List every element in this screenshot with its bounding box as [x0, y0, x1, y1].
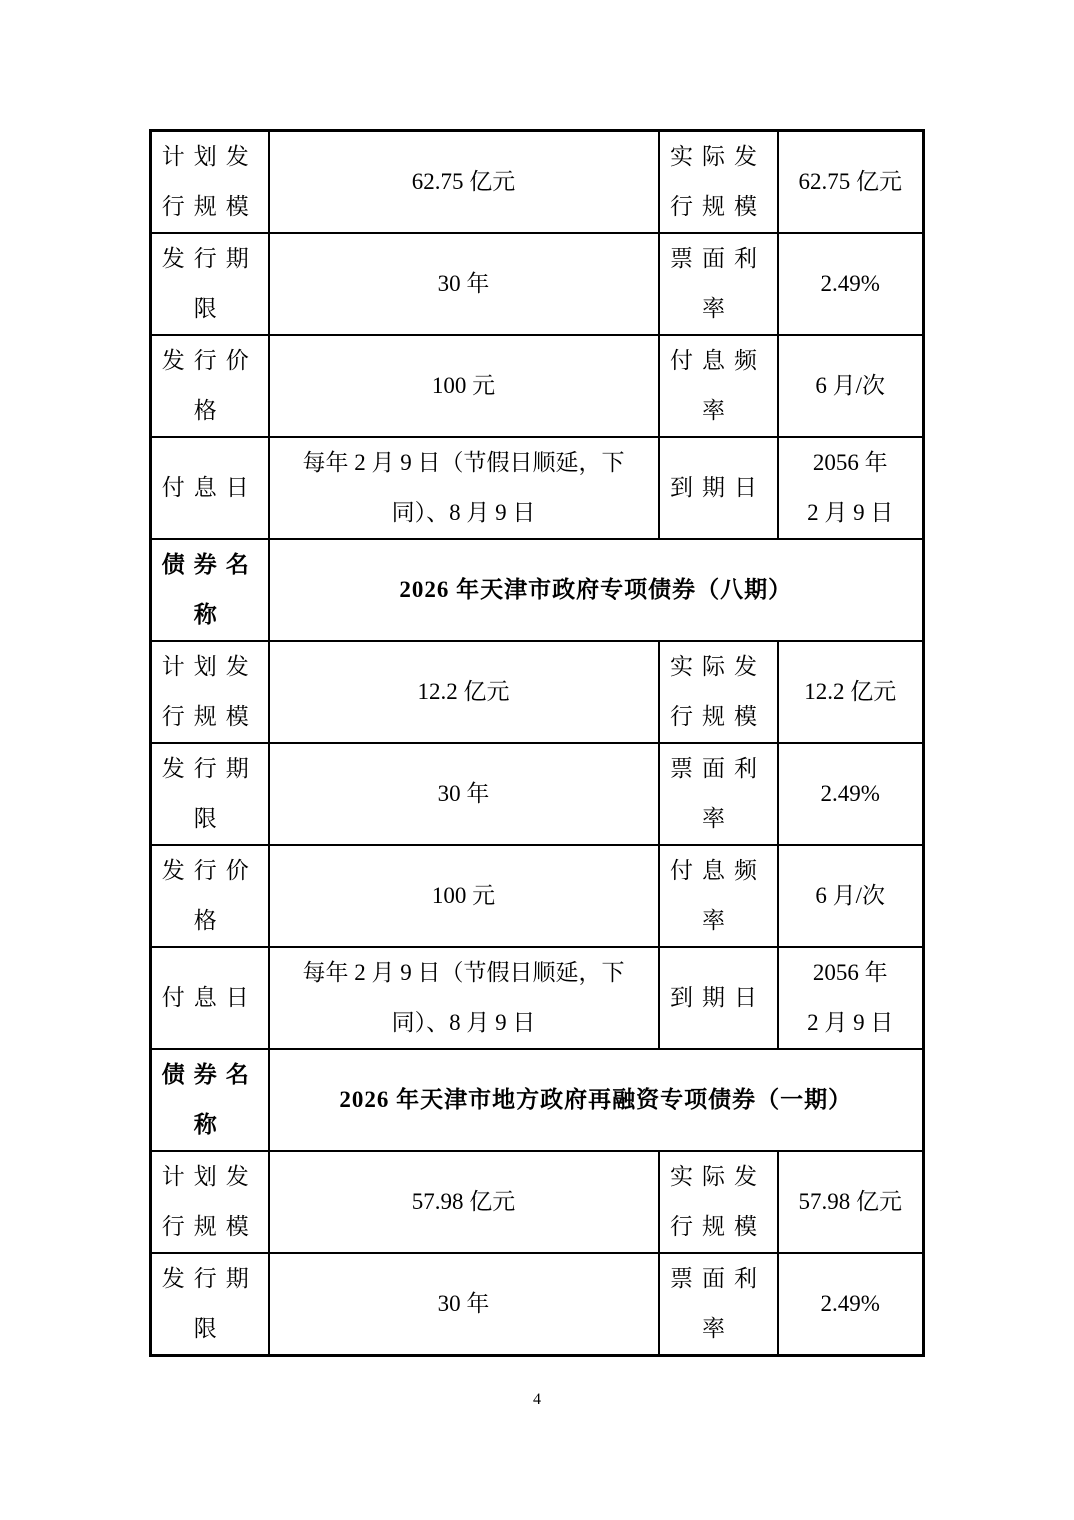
field-label-maturity-date: 到期日 [659, 947, 778, 1049]
table-row: 计划发 行规模 57.98 亿元 实际发 行规模 57.98 亿元 [151, 1151, 924, 1253]
field-label-term: 发行期 限 [151, 233, 269, 335]
field-label-interest-payment-date: 付息日 [151, 437, 269, 539]
field-value-term: 30 年 [269, 1253, 659, 1356]
field-label-actual-issue-size: 实际发 行规模 [659, 641, 778, 743]
field-value-actual-issue-size: 57.98 亿元 [778, 1151, 924, 1253]
field-label-planned-issue-size: 计划发 行规模 [151, 641, 269, 743]
table-row: 发行价 格 100 元 付息频 率 6 月/次 [151, 845, 924, 947]
field-value-planned-issue-size: 12.2 亿元 [269, 641, 659, 743]
bond-name-row: 债券名 称 2026 年天津市地方政府再融资专项债券（一期） [151, 1049, 924, 1151]
field-value-interest-payment-date: 每年 2 月 9 日（节假日顺延，下 同）、8 月 9 日 [269, 947, 659, 1049]
table-row: 计划发 行规模 12.2 亿元 实际发 行规模 12.2 亿元 [151, 641, 924, 743]
field-label-interest-payment-date: 付息日 [151, 947, 269, 1049]
field-value-actual-issue-size: 12.2 亿元 [778, 641, 924, 743]
field-value-term: 30 年 [269, 743, 659, 845]
field-value-planned-issue-size: 57.98 亿元 [269, 1151, 659, 1253]
field-value-payment-frequency: 6 月/次 [778, 335, 924, 437]
field-value-interest-payment-date: 每年 2 月 9 日（节假日顺延，下 同）、8 月 9 日 [269, 437, 659, 539]
table-row: 发行价 格 100 元 付息频 率 6 月/次 [151, 335, 924, 437]
field-label-payment-frequency: 付息频 率 [659, 335, 778, 437]
field-label-planned-issue-size: 计划发 行规模 [151, 1151, 269, 1253]
field-label-maturity-date: 到期日 [659, 437, 778, 539]
field-value-coupon-rate: 2.49% [778, 1253, 924, 1356]
field-value-term: 30 年 [269, 233, 659, 335]
table-row: 计划发 行规模 62.75 亿元 实际发 行规模 62.75 亿元 [151, 131, 924, 234]
bond-details-table: 计划发 行规模 62.75 亿元 实际发 行规模 62.75 亿元 发行期 限 … [149, 129, 925, 1357]
field-value-maturity-date: 2056 年 2 月 9 日 [778, 947, 924, 1049]
table-row: 付息日 每年 2 月 9 日（节假日顺延，下 同）、8 月 9 日 到期日 20… [151, 437, 924, 539]
bond-name-row: 债券名 称 2026 年天津市政府专项债券（八期） [151, 539, 924, 641]
field-label-coupon-rate: 票面利 率 [659, 1253, 778, 1356]
field-value-coupon-rate: 2.49% [778, 743, 924, 845]
bond-name-value: 2026 年天津市地方政府再融资专项债券（一期） [269, 1049, 924, 1151]
field-value-actual-issue-size: 62.75 亿元 [778, 131, 924, 234]
field-label-issue-price: 发行价 格 [151, 845, 269, 947]
field-value-issue-price: 100 元 [269, 845, 659, 947]
field-label-bond-name: 债券名 称 [151, 539, 269, 641]
table-row: 发行期 限 30 年 票面利 率 2.49% [151, 233, 924, 335]
field-value-issue-price: 100 元 [269, 335, 659, 437]
table-row: 发行期 限 30 年 票面利 率 2.49% [151, 743, 924, 845]
document-page: 计划发 行规模 62.75 亿元 实际发 行规模 62.75 亿元 发行期 限 … [0, 0, 1074, 1520]
field-label-term: 发行期 限 [151, 743, 269, 845]
field-label-actual-issue-size: 实际发 行规模 [659, 1151, 778, 1253]
field-value-coupon-rate: 2.49% [778, 233, 924, 335]
field-label-coupon-rate: 票面利 率 [659, 233, 778, 335]
field-label-planned-issue-size: 计划发 行规模 [151, 131, 269, 234]
bond-name-value: 2026 年天津市政府专项债券（八期） [269, 539, 924, 641]
field-label-term: 发行期 限 [151, 1253, 269, 1356]
field-label-issue-price: 发行价 格 [151, 335, 269, 437]
table-row: 发行期 限 30 年 票面利 率 2.49% [151, 1253, 924, 1356]
field-value-payment-frequency: 6 月/次 [778, 845, 924, 947]
field-label-coupon-rate: 票面利 率 [659, 743, 778, 845]
field-label-payment-frequency: 付息频 率 [659, 845, 778, 947]
page-number: 4 [0, 1390, 1074, 1410]
table-row: 付息日 每年 2 月 9 日（节假日顺延，下 同）、8 月 9 日 到期日 20… [151, 947, 924, 1049]
field-value-maturity-date: 2056 年 2 月 9 日 [778, 437, 924, 539]
field-value-planned-issue-size: 62.75 亿元 [269, 131, 659, 234]
field-label-bond-name: 债券名 称 [151, 1049, 269, 1151]
field-label-actual-issue-size: 实际发 行规模 [659, 131, 778, 234]
